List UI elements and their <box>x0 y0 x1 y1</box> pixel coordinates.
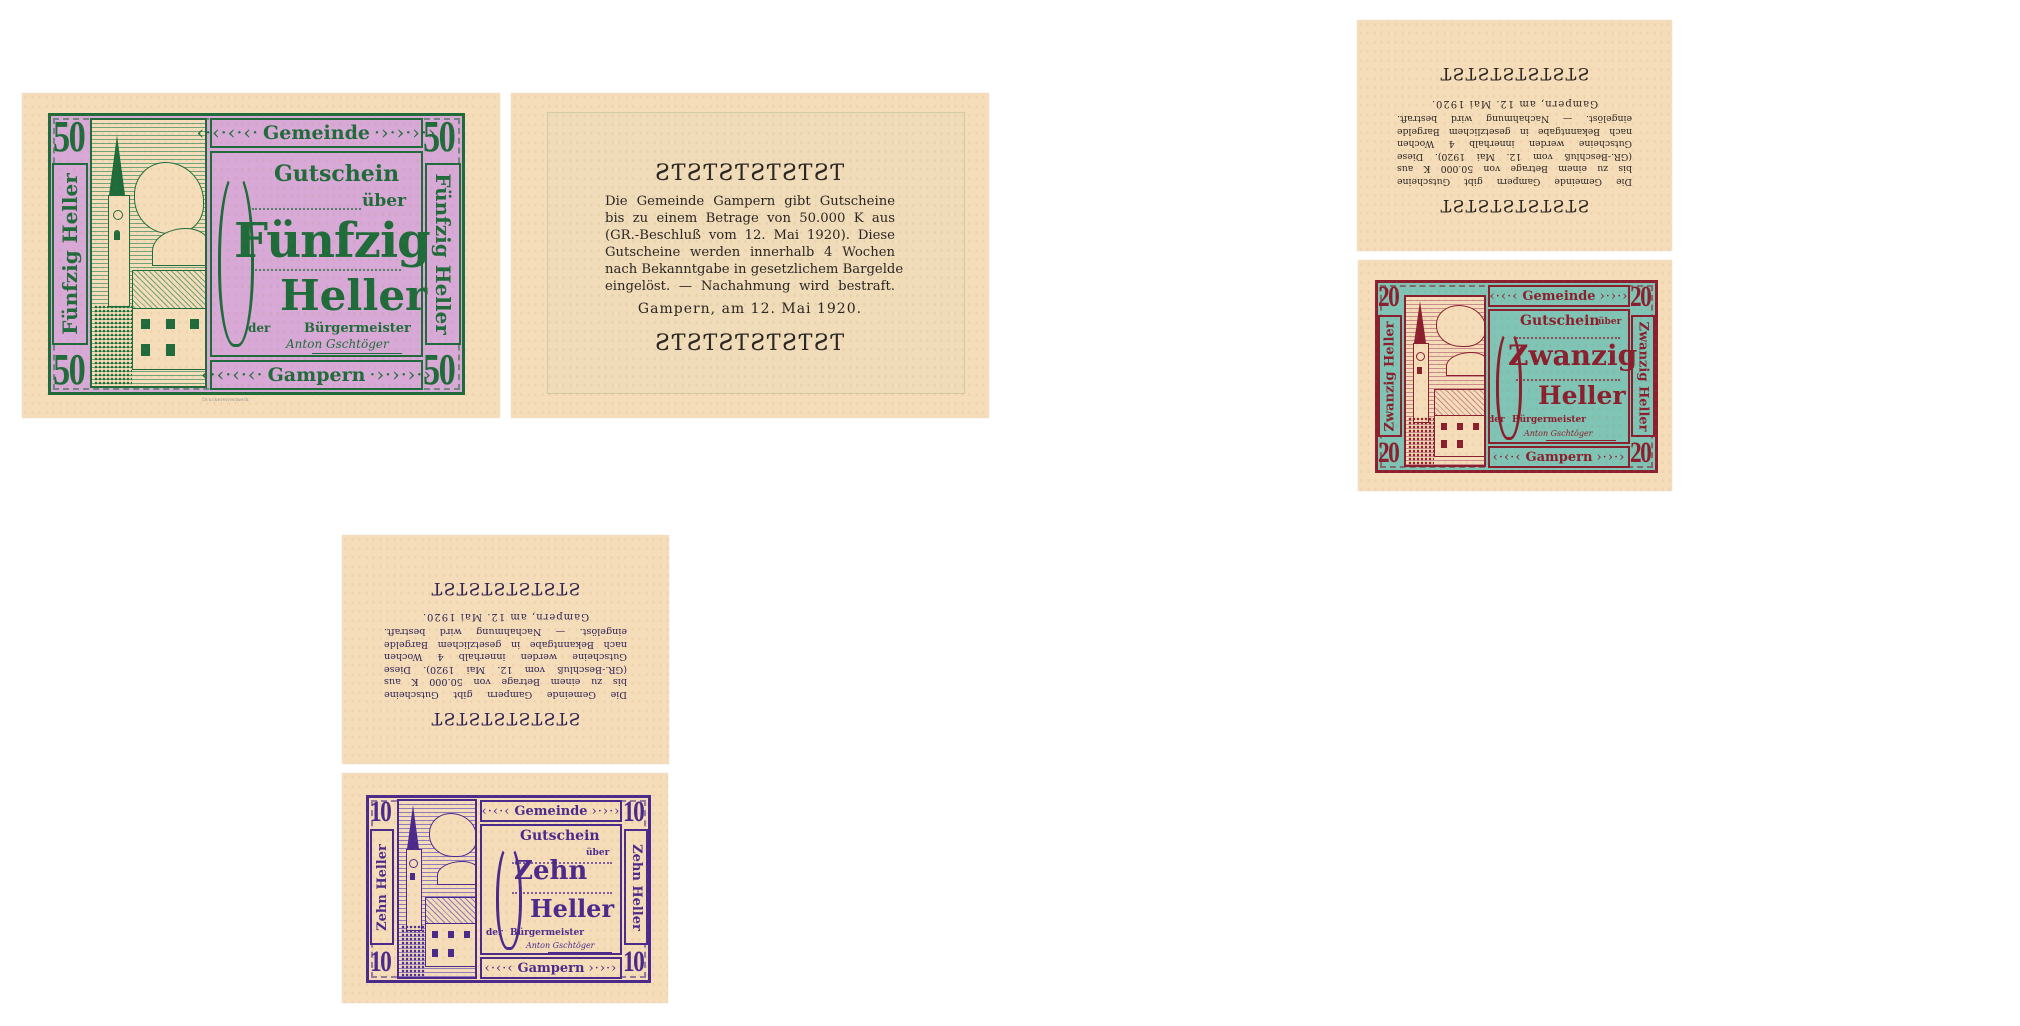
signatory-label: Bürgermeister <box>1512 415 1586 425</box>
mountain-illustration <box>437 861 477 885</box>
tower-window <box>1417 367 1422 374</box>
note-20-heller-back: ƧƬƧƬƧƬƧƬƧƬƧƬ Die Gemeinde Gampern gibt G… <box>1357 20 1672 251</box>
cloud-illustration <box>134 162 204 234</box>
note-50-heller-back: ƧƬƧƬƧƬƧƬƧƬƧƬ Die Gemeinde Gampern gibt G… <box>511 93 989 418</box>
signature: Anton Gschtöger <box>526 941 595 950</box>
ornament-row-top: ƧƬƧƬƧƬƧƬƧƬƧƬ <box>511 161 989 186</box>
over-label: über <box>586 848 609 858</box>
signatory-label-der: der <box>248 321 270 335</box>
footer-banner: ‹·‹·‹·‹· Gampern ·›·›·›·› <box>210 360 423 390</box>
denomination-bottom-right: 10 <box>623 947 643 977</box>
tree-illustration <box>401 925 425 977</box>
denomination-bottom-left: 10 <box>370 947 390 977</box>
over-label: über <box>362 191 406 211</box>
denomination-top-left: 50 <box>53 115 84 159</box>
footer-banner: ‹·‹·‹ Gampern ›·›·› <box>480 957 622 979</box>
tower-window <box>114 230 120 240</box>
currency-word: Heller <box>280 271 427 320</box>
over-label: über <box>1598 317 1621 327</box>
church-spire <box>109 135 125 195</box>
church-spire <box>1414 301 1426 343</box>
mountain-illustration <box>152 228 207 266</box>
side-text-right: Zwanzig Heller <box>1631 315 1655 437</box>
ornament-row-top: ƧƬƧƬƧƬƧƬƧƬƧƬ <box>342 708 669 728</box>
church-clock <box>1416 352 1425 361</box>
mountain-illustration <box>1446 352 1486 376</box>
signature: Anton Gschtöger <box>286 337 389 351</box>
back-text: Die Gemeinde Gampern gibt Gutscheine bis… <box>1397 112 1632 187</box>
voucher-label: Gutschein <box>274 161 399 187</box>
side-text-right: Fünfzig Heller <box>425 163 461 345</box>
church-clock <box>113 210 123 220</box>
ornament-row-bottom: ƧƬƧƬƧƬƧƬƧƬƧƬ <box>511 331 989 356</box>
house-roof <box>132 270 207 312</box>
center-panel: Gutschein über Zehn Heller der Bürgermei… <box>480 824 622 955</box>
signatory-label-der: der <box>486 928 503 938</box>
note-10-heller-front: 10 10 10 10 Zehn Heller Zehn Heller ‹·‹·… <box>342 773 668 1003</box>
cloud-illustration <box>429 813 477 857</box>
amount-word: Fünfzig <box>234 213 430 269</box>
header-banner: ‹·‹·‹ Gemeinde ›·›·› <box>480 800 622 822</box>
denomination-top-left: 20 <box>1378 282 1398 312</box>
footer-banner: ‹·‹·‹ Gampern ›·›·› <box>1488 446 1630 468</box>
center-panel: Gutschein über Fünfzig Heller der Bürger… <box>210 151 423 357</box>
signatory-label: Bürgermeister <box>304 321 411 336</box>
back-text: Die Gemeinde Gampern gibt Gutscheine bis… <box>605 193 895 295</box>
back-text: Die Gemeinde Gampern gibt Gutscheine bis… <box>384 625 627 700</box>
signatory-label: Bürgermeister <box>510 928 584 938</box>
tree-illustration <box>94 305 132 385</box>
side-text-left: Zwanzig Heller <box>1378 315 1402 437</box>
denomination-bottom-left: 50 <box>53 348 84 392</box>
denomination-bottom-right: 20 <box>1630 438 1650 468</box>
ornament-row-top: ƧƬƧƬƧƬƧƬƧƬƧƬ <box>1357 195 1672 215</box>
place-date: Gampern, am 12. Mai 1920. <box>511 301 989 317</box>
note-50-heller-front: 50 50 50 50 Fünfzig Heller Fünfzig Helle… <box>22 93 500 418</box>
church-illustration <box>397 799 477 979</box>
house <box>425 923 477 967</box>
amount-word: Zehn <box>514 856 587 886</box>
house <box>1434 415 1486 457</box>
header-banner: ‹·‹·‹·‹· Gemeinde ·›·›·›·› <box>210 118 423 148</box>
printer-imprint: Druckereivermerk <box>202 397 249 403</box>
denomination-top-right: 20 <box>1630 282 1650 312</box>
ornament-row-bottom: ƧƬƧƬƧƬƧƬƧƬƧƬ <box>1357 63 1672 83</box>
signatory-label-der: der <box>1488 415 1505 425</box>
cloud-illustration <box>1436 305 1486 347</box>
church-illustration <box>1404 295 1486 467</box>
side-text-left: Fünfzig Heller <box>52 163 88 345</box>
house <box>132 308 207 370</box>
denomination-top-left: 10 <box>370 797 390 827</box>
tower-window <box>410 873 415 880</box>
header-banner: ‹·‹·‹ Gemeinde ›·›·› <box>1488 285 1630 307</box>
voucher-label: Gutschein <box>520 828 600 844</box>
amount-word: Zwanzig <box>1508 339 1637 372</box>
church-illustration <box>90 118 207 388</box>
church-spire <box>407 805 419 849</box>
currency-word: Heller <box>1538 381 1626 410</box>
side-text-right: Zehn Heller <box>624 829 648 945</box>
church-clock <box>409 859 418 868</box>
denomination-top-right: 10 <box>623 797 643 827</box>
ornament-row-bottom: ƧƬƧƬƧƬƧƬƧƬƧƬ <box>342 578 669 598</box>
voucher-label: Gutschein <box>1520 313 1600 329</box>
signature: Anton Gschtöger <box>1524 429 1593 438</box>
note-20-heller-front: 20 20 20 20 Zwanzig Heller Zwanzig Helle… <box>1358 260 1672 491</box>
place-date: Gampern, am 12. Mai 1920. <box>1357 98 1672 109</box>
denomination-bottom-left: 20 <box>1378 438 1398 468</box>
currency-word: Heller <box>530 894 614 923</box>
place-date: Gampern, am 12. Mai 1920. <box>342 611 669 622</box>
center-panel: Gutschein über Zwanzig Heller der Bürger… <box>1488 309 1630 444</box>
side-text-left: Zehn Heller <box>370 829 394 945</box>
note-10-heller-back: ƧƬƧƬƧƬƧƬƧƬƧƬ Die Gemeinde Gampern gibt G… <box>342 535 669 764</box>
tree-illustration <box>1408 417 1434 467</box>
